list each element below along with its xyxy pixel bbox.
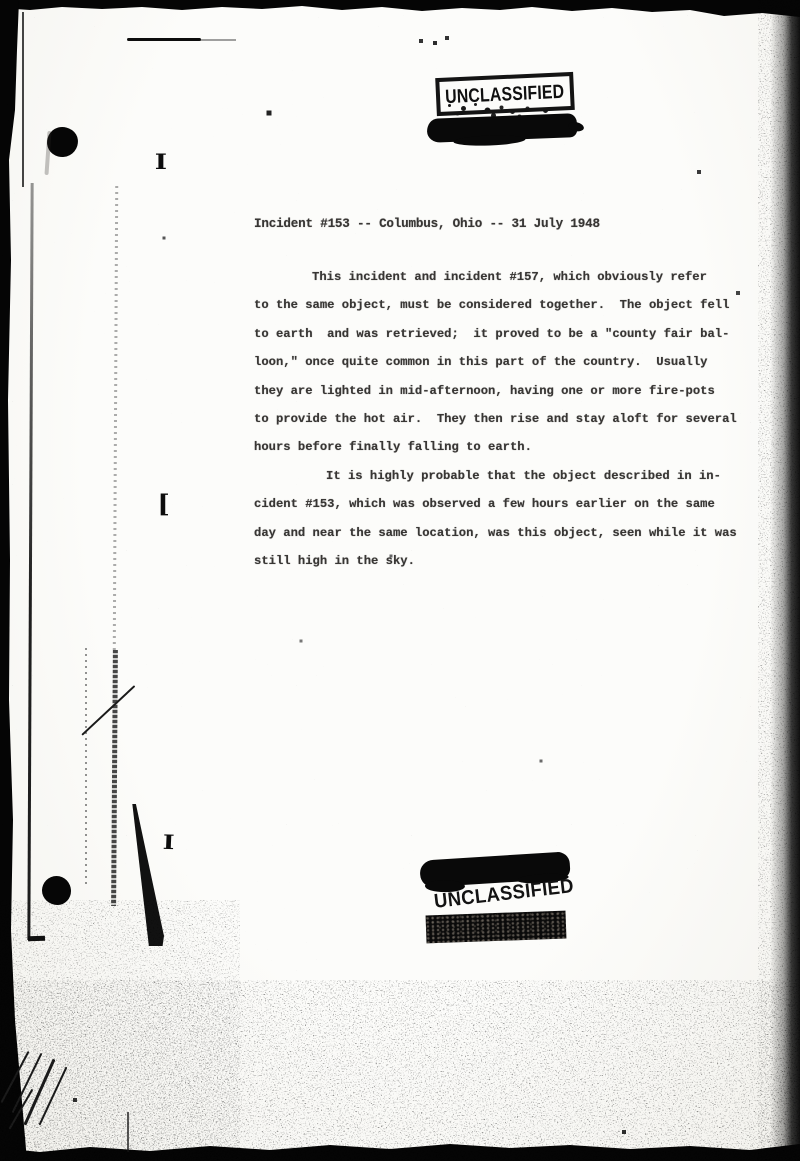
paper-edge-line-lower — [27, 183, 33, 940]
diagonal-scratch — [81, 685, 135, 736]
margin-mark: I — [162, 830, 175, 854]
paragraph-1: This incident and incident #157, which o… — [254, 263, 754, 462]
corner-scratch — [39, 1067, 68, 1126]
paper-edge-line-foot — [28, 936, 45, 942]
redaction-bar-top — [427, 113, 578, 143]
document-line: loon," once quite common in this part of… — [254, 348, 754, 376]
small-vertical-scratch — [127, 1112, 129, 1152]
margin-mark: I — [155, 149, 167, 174]
document-line: to the same object, must be considered t… — [254, 291, 754, 319]
unclassified-stamp-top: UNCLASSIFIED — [435, 72, 575, 116]
paper-edge-line-upper — [22, 12, 24, 187]
horizontal-pen-line — [127, 38, 201, 41]
scan-edge-right — [770, 0, 800, 1161]
document-line: they are lighted in mid-afternoon, havin… — [254, 377, 754, 405]
document-line: day and near the same location, was this… — [254, 519, 754, 547]
document-text-block: Incident #153 -- Columbus, Ohio -- 31 Ju… — [254, 216, 754, 575]
diagonal-ink-wedge — [128, 804, 164, 946]
unclassified-stamp-top-label: UNCLASSIFIED — [445, 80, 565, 108]
scan-edge-top — [0, 0, 800, 18]
redaction-box-over-stamp — [426, 911, 567, 944]
dotted-streak-line — [85, 648, 87, 885]
scan-edge-bottom — [0, 1138, 800, 1161]
punch-smudge — [44, 131, 51, 175]
margin-mark: [ — [157, 489, 169, 518]
scanned-document-page: I [ I UNCLASSIFIED Incident #153 -- Colu… — [0, 0, 800, 1161]
scan-grain-overlay — [0, 0, 800, 1161]
speckle-band-upper — [113, 186, 118, 650]
document-line: This incident and incident #157, which o… — [254, 263, 754, 291]
document-heading: Incident #153 -- Columbus, Ohio -- 31 Ju… — [254, 216, 754, 232]
document-line: hours before finally falling to earth. — [254, 433, 754, 461]
horizontal-pen-line-tail — [200, 39, 236, 41]
speckle-band-lower — [111, 650, 118, 906]
paragraph-2: It is highly probable that the object de… — [254, 462, 754, 576]
document-line: cident #153, which was observed a few ho… — [254, 490, 754, 518]
document-line: It is highly probable that the object de… — [254, 462, 754, 490]
document-line: to earth and was retrieved; it proved to… — [254, 320, 754, 348]
scan-edge-left — [0, 0, 30, 1161]
hole-punch-bottom — [42, 876, 71, 905]
document-line: to provide the hot air. They then rise a… — [254, 405, 754, 433]
document-line: still high in the sky. — [254, 547, 754, 575]
